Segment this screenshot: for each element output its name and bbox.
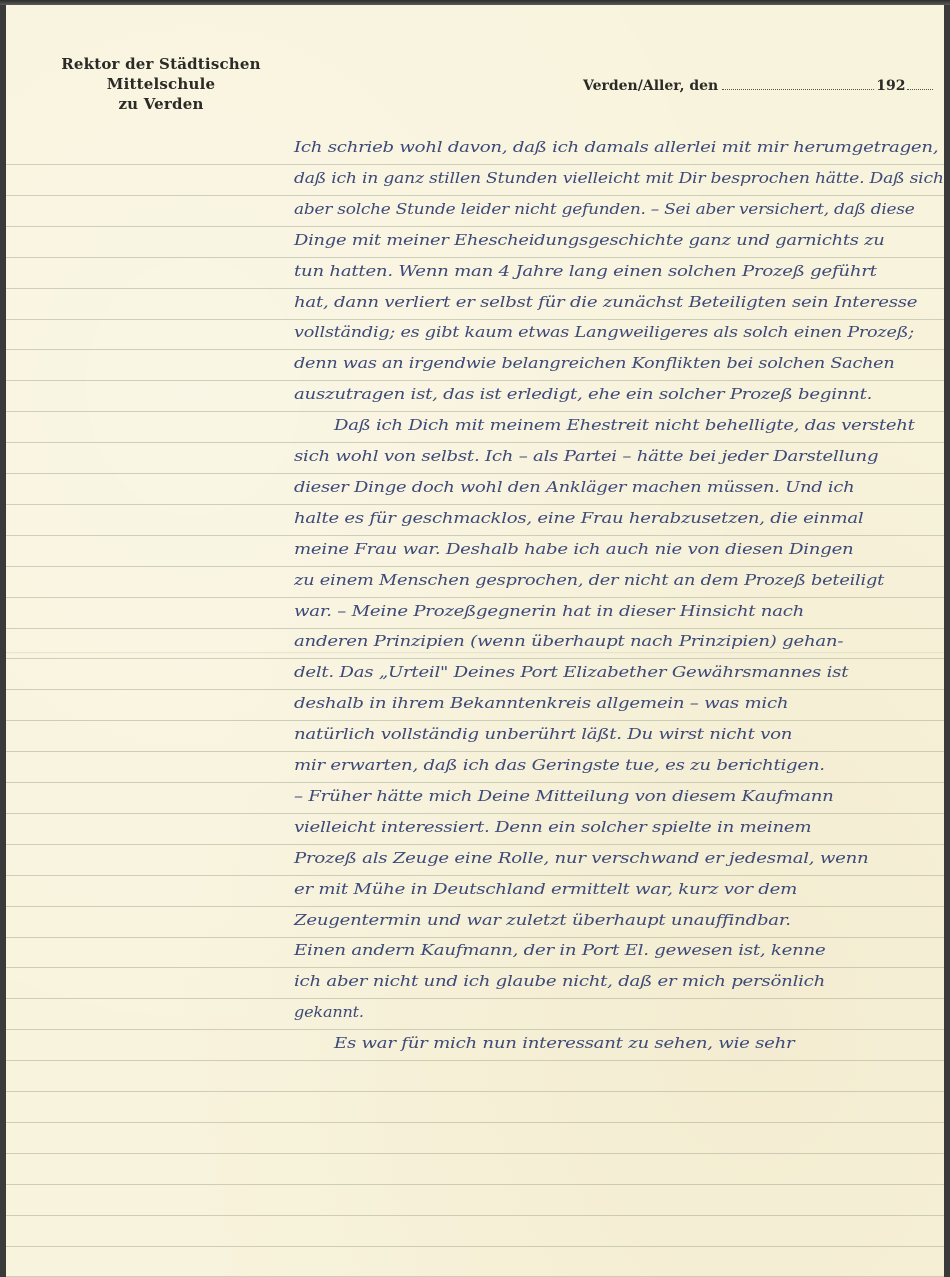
rule-line: [6, 442, 944, 443]
rule-line: [6, 906, 944, 907]
rule-line: [6, 195, 944, 196]
handwritten-line: tun hatten. Wenn man 4 Jahre lang einen …: [294, 264, 877, 280]
handwritten-line: delt. Das „Urteil" Deines Port Elizabeth…: [294, 665, 848, 681]
letterhead-sender: Rektor der Städtischen Mittelschule zu V…: [31, 54, 291, 114]
handwritten-line: auszutragen ist, das ist erledigt, ehe e…: [294, 387, 872, 403]
handwritten-line: natürlich vollständig unberührt läßt. Du…: [294, 727, 792, 743]
handwritten-line: hat, dann verliert er selbst für die zun…: [294, 295, 917, 311]
handwritten-line: gekannt.: [294, 1005, 364, 1021]
place-date-label: Verden/Aller, den: [583, 78, 718, 94]
rule-line: [6, 1060, 944, 1061]
rule-line: [6, 937, 944, 938]
rule-line: [6, 504, 944, 505]
letterhead-place-date: Verden/Aller, den 192: [583, 78, 933, 94]
handwritten-line: Einen andern Kaufmann, der in Port El. g…: [294, 943, 825, 959]
rule-line: [6, 813, 944, 814]
handwritten-line: Es war für mich nun interessant zu sehen…: [334, 1036, 794, 1052]
rule-line: [6, 751, 944, 752]
rule-line: [6, 411, 944, 412]
rule-line: [6, 319, 944, 320]
handwritten-line: Prozeß als Zeuge eine Rolle, nur verschw…: [294, 851, 868, 867]
rule-line: [6, 1153, 944, 1154]
handwritten-line: Ich schrieb wohl davon, daß ich damals a…: [294, 140, 938, 156]
rule-line: [6, 380, 944, 381]
rule-line: [6, 844, 944, 845]
handwritten-line: aber solche Stunde leider nicht gefunden…: [294, 202, 915, 218]
rule-line: [6, 998, 944, 999]
handwritten-line: vielleicht interessiert. Denn ein solche…: [294, 820, 811, 836]
handwritten-line: denn was an irgendwie belangreichen Konf…: [294, 356, 894, 372]
handwritten-line: zu einem Menschen gesprochen, der nicht …: [294, 573, 884, 589]
rule-line: [6, 875, 944, 876]
rule-line: [6, 164, 944, 165]
handwritten-line: sich wohl von selbst. Ich – als Partei –…: [294, 449, 878, 465]
handwritten-line: deshalb in ihrem Bekanntenkreis allgemei…: [294, 696, 788, 712]
date-blank: [722, 88, 874, 90]
handwritten-line: er mit Mühe in Deutschland ermittelt war…: [294, 882, 797, 898]
rule-line: [6, 1246, 944, 1247]
rule-line: [6, 1029, 944, 1030]
rule-line: [6, 1091, 944, 1092]
handwritten-line: Daß ich Dich mit meinem Ehestreit nicht …: [334, 418, 915, 434]
letter-page: Rektor der Städtischen Mittelschule zu V…: [6, 5, 944, 1277]
sender-title: Rektor der Städtischen Mittelschule: [31, 54, 291, 94]
rule-line: [6, 597, 944, 598]
handwritten-line: Dinge mit meiner Ehescheidungsgeschichte…: [294, 233, 885, 249]
rule-line: [6, 535, 944, 536]
rule-line: [6, 720, 944, 721]
handwritten-line: anderen Prinzipien (wenn überhaupt nach …: [294, 634, 843, 650]
rule-line: [6, 658, 944, 659]
rule-line: [6, 782, 944, 783]
rule-line: [6, 1184, 944, 1185]
rule-line: [6, 349, 944, 350]
handwritten-line: vollständig; es gibt kaum etwas Langweil…: [294, 325, 914, 341]
rule-line: [6, 288, 944, 289]
handwritten-line: – Früher hätte mich Deine Mitteilung von…: [294, 789, 834, 805]
handwritten-line: ich aber nicht und ich glaube nicht, daß…: [294, 974, 825, 990]
rule-line: [6, 257, 944, 258]
rule-line: [6, 689, 944, 690]
rule-line: [6, 1215, 944, 1216]
rule-line: [6, 566, 944, 567]
year-blank: [907, 88, 933, 90]
handwritten-line: dieser Dinge doch wohl den Ankläger mach…: [294, 480, 854, 496]
handwritten-line: daß ich in ganz stillen Stunden vielleic…: [294, 171, 944, 187]
rule-line: [6, 1122, 944, 1123]
rule-line: [6, 967, 944, 968]
rule-line: [6, 226, 944, 227]
handwritten-line: war. – Meine Prozeßgegnerin hat in diese…: [294, 604, 804, 620]
rule-line: [6, 473, 944, 474]
sender-place: zu Verden: [31, 94, 291, 114]
handwritten-line: Zeugentermin und war zuletzt überhaupt u…: [294, 913, 791, 929]
handwritten-line: mir erwarten, daß ich das Geringste tue,…: [294, 758, 825, 774]
year-prefix: 192: [876, 78, 905, 94]
paper-fold: [6, 652, 944, 654]
handwritten-line: halte es für geschmacklos, eine Frau her…: [294, 511, 863, 527]
handwritten-line: meine Frau war. Deshalb habe ich auch ni…: [294, 542, 853, 558]
rule-line: [6, 628, 944, 629]
